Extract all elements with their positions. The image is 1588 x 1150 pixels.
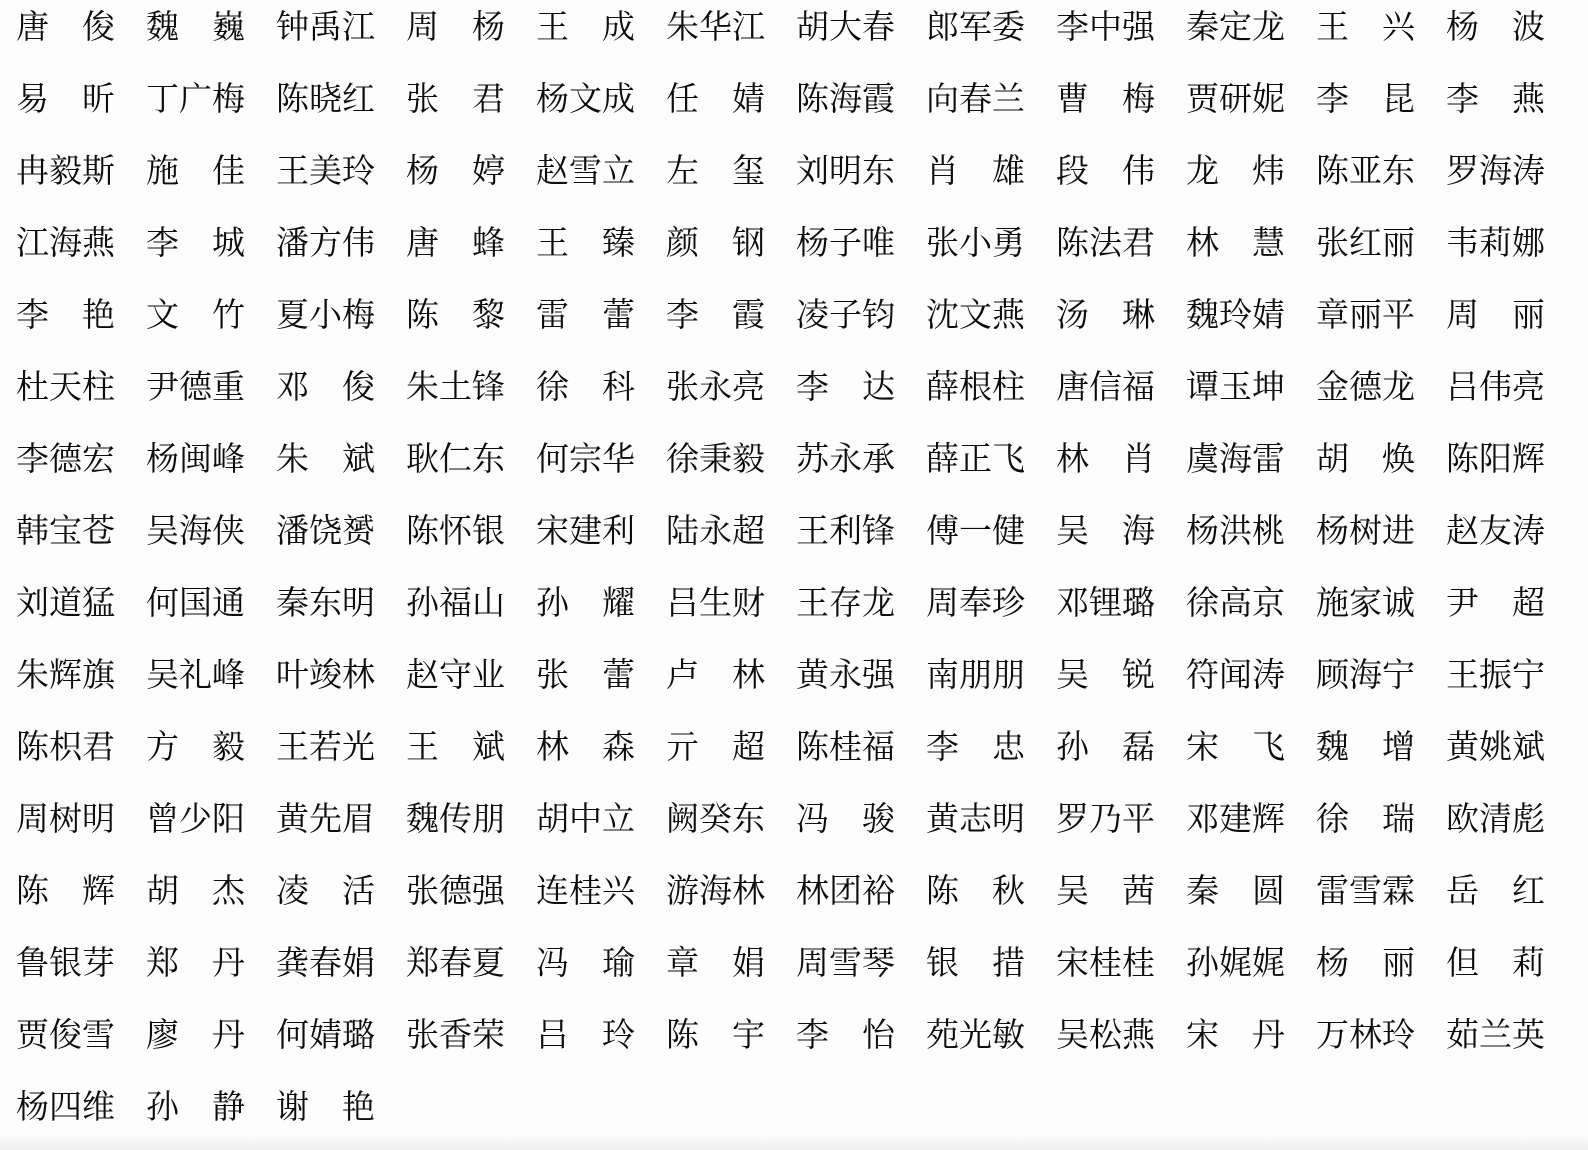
person-name: 孙娓娓	[1186, 948, 1285, 981]
name-character: 增	[1382, 732, 1415, 765]
name-character: 辉	[49, 660, 82, 693]
name-character: 何	[146, 588, 179, 621]
name-character: 邓	[276, 372, 309, 405]
name-character: 宗	[569, 444, 602, 477]
name-character: 魏	[1186, 300, 1219, 333]
name-character: 肖	[1122, 444, 1155, 477]
name-character: 连	[536, 876, 569, 909]
name-character: 友	[1479, 516, 1512, 549]
name-character: 秋	[992, 876, 1025, 909]
name-character: 陈	[276, 84, 309, 117]
name-character: 钟	[276, 12, 309, 45]
name-character: 冉	[16, 156, 49, 189]
person-name: 胡杰	[146, 876, 245, 909]
name-character: 文	[569, 84, 602, 117]
person-name: 江海燕	[16, 228, 115, 261]
person-name: 杨洪桃	[1186, 516, 1285, 549]
name-character: 陈	[1446, 444, 1479, 477]
name-character: 裕	[862, 876, 895, 909]
name-character: 桂	[569, 876, 602, 909]
name-character: 树	[49, 804, 82, 837]
name-grid: 唐俊魏巍钟禹江周杨王成朱华江胡大春郎军委李中强秦定龙王兴杨波易昕丁广梅陈晓红张君…	[16, 0, 1545, 1144]
person-name: 叶竣林	[276, 660, 375, 693]
person-name: 刘明东	[796, 156, 895, 189]
name-character: 李	[1056, 12, 1089, 45]
name-character: 邓	[1056, 588, 1089, 621]
person-name: 黄姚斌	[1446, 732, 1545, 765]
name-character: 先	[309, 804, 342, 837]
name-character: 林	[342, 660, 375, 693]
name-character: 高	[1219, 588, 1252, 621]
name-character: 苍	[82, 516, 115, 549]
person-name: 茹兰英	[1446, 1020, 1545, 1053]
name-character: 华	[602, 444, 635, 477]
name-character: 李	[146, 228, 179, 261]
person-name: 秦定龙	[1186, 12, 1285, 45]
name-character: 娓	[1219, 948, 1252, 981]
name-character: 廖	[146, 1020, 179, 1053]
name-character: 吕	[666, 588, 699, 621]
name-character: 林	[1056, 444, 1089, 477]
name-character: 谢	[276, 1092, 309, 1125]
name-character: 林	[732, 660, 765, 693]
name-character: 静	[212, 1092, 245, 1125]
name-character: 周	[1446, 300, 1479, 333]
person-name: 陈宇	[666, 1020, 765, 1053]
name-character: 阳	[1479, 444, 1512, 477]
name-character: 平	[1122, 804, 1155, 837]
name-character: 潘	[276, 228, 309, 261]
person-name: 王振宁	[1446, 660, 1545, 693]
name-character: 林	[732, 876, 765, 909]
name-character: 光	[342, 732, 375, 765]
person-name: 杨文成	[536, 84, 635, 117]
name-character: 宏	[82, 444, 115, 477]
name-character: 秦	[1186, 876, 1219, 909]
person-name: 汤琳	[1056, 300, 1155, 333]
name-character: 辉	[1512, 444, 1545, 477]
person-name: 宋建利	[536, 516, 635, 549]
person-name: 李城	[146, 228, 245, 261]
name-character: 胡	[536, 804, 569, 837]
person-name: 郑丹	[146, 948, 245, 981]
name-character: 朱	[406, 372, 439, 405]
name-character: 婧	[732, 84, 765, 117]
name-character: 薛	[926, 372, 959, 405]
name-character: 杨	[1186, 516, 1219, 549]
name-character: 四	[49, 1092, 82, 1125]
name-character: 婧	[309, 1020, 342, 1053]
name-character: 吴	[1056, 516, 1089, 549]
person-name: 凌活	[276, 876, 375, 909]
person-name: 傅一健	[926, 516, 1025, 549]
name-character: 段	[1056, 156, 1089, 189]
name-character: 永	[829, 660, 862, 693]
name-character: 措	[992, 948, 1025, 981]
person-name: 吕伟亮	[1446, 372, 1545, 405]
name-character: 森	[602, 732, 635, 765]
name-character: 方	[146, 732, 179, 765]
person-name: 郎军委	[926, 12, 1025, 45]
name-character: 丽	[1349, 300, 1382, 333]
name-character: 焕	[1382, 444, 1415, 477]
name-character: 团	[829, 876, 862, 909]
name-character: 立	[602, 804, 635, 837]
name-character: 禹	[309, 12, 342, 45]
name-character: 土	[439, 372, 472, 405]
person-name: 陈桂福	[796, 732, 895, 765]
name-character: 东	[1382, 156, 1415, 189]
person-name: 唐蜂	[406, 228, 505, 261]
person-name: 王美玲	[276, 156, 375, 189]
person-name: 魏玲婧	[1186, 300, 1285, 333]
person-name: 孙耀	[536, 588, 635, 621]
person-name: 宋丹	[1186, 1020, 1285, 1053]
name-character: 芽	[82, 948, 115, 981]
name-character: 锐	[1122, 660, 1155, 693]
person-name: 何宗华	[536, 444, 635, 477]
name-character: 玲	[342, 156, 375, 189]
name-character: 王	[796, 516, 829, 549]
person-name: 岳红	[1446, 876, 1545, 909]
name-character: 杨	[1316, 948, 1349, 981]
name-character: 忠	[992, 732, 1025, 765]
person-name: 沈文燕	[926, 300, 1025, 333]
person-name: 胡大春	[796, 12, 895, 45]
name-character: 魏	[1316, 732, 1349, 765]
name-character: 丽	[1382, 228, 1415, 261]
name-character: 龙	[1382, 372, 1415, 405]
name-character: 吴	[1056, 876, 1089, 909]
name-character: 王	[536, 12, 569, 45]
name-character: 福	[439, 588, 472, 621]
name-character: 何	[536, 444, 569, 477]
name-character: 林	[536, 732, 569, 765]
name-character: 海	[829, 84, 862, 117]
name-character: 宋	[1186, 732, 1219, 765]
name-character: 吴	[1056, 660, 1089, 693]
person-name: 金德龙	[1316, 372, 1415, 405]
name-character: 福	[1122, 372, 1155, 405]
name-character: 曾	[146, 804, 179, 837]
name-character: 桂	[1089, 948, 1122, 981]
name-character: 中	[569, 804, 602, 837]
name-character: 婷	[472, 156, 505, 189]
name-character: 树	[1349, 516, 1382, 549]
person-name: 夏小梅	[276, 300, 375, 333]
name-character: 丹	[212, 1020, 245, 1053]
name-character: 慧	[1252, 228, 1285, 261]
name-character: 礼	[179, 660, 212, 693]
name-character: 章	[666, 948, 699, 981]
person-name: 吴松燕	[1056, 1020, 1155, 1053]
name-character: 雪	[829, 948, 862, 981]
name-character: 红	[1512, 876, 1545, 909]
person-name: 钟禹江	[276, 12, 375, 45]
person-name: 王臻	[536, 228, 635, 261]
name-character: 兴	[602, 876, 635, 909]
name-character: 涛	[1512, 516, 1545, 549]
name-character: 财	[732, 588, 765, 621]
name-character: 活	[342, 876, 375, 909]
name-character: 邓	[1186, 804, 1219, 837]
person-name: 张永亮	[666, 372, 765, 405]
person-name: 徐秉毅	[666, 444, 765, 477]
person-name: 林慧	[1186, 228, 1285, 261]
name-character: 符	[1186, 660, 1219, 693]
person-name: 周杨	[406, 12, 505, 45]
person-name: 陈阳辉	[1446, 444, 1545, 477]
name-character: 生	[699, 588, 732, 621]
person-name: 张小勇	[926, 228, 1025, 261]
name-character: 杨	[1446, 12, 1479, 45]
name-character: 东	[862, 156, 895, 189]
person-name: 陆永超	[666, 516, 765, 549]
name-character: 定	[1219, 12, 1252, 45]
name-character: 瑜	[602, 948, 635, 981]
name-character: 委	[992, 12, 1025, 45]
person-name: 吕玲	[536, 1020, 635, 1053]
name-character: 朋	[959, 660, 992, 693]
name-character: 维	[82, 1092, 115, 1125]
name-character: 炜	[1252, 156, 1285, 189]
name-character: 周	[796, 948, 829, 981]
person-name: 张蕾	[536, 660, 635, 693]
name-character: 国	[179, 588, 212, 621]
name-character: 昕	[82, 84, 115, 117]
person-name: 张红丽	[1316, 228, 1415, 261]
name-character: 燕	[82, 228, 115, 261]
name-character: 秦	[276, 588, 309, 621]
name-character: 巍	[212, 12, 245, 45]
name-character: 王	[406, 732, 439, 765]
name-character: 明	[342, 588, 375, 621]
person-name: 邓锂璐	[1056, 588, 1155, 621]
name-character: 林	[796, 876, 829, 909]
name-character: 文	[146, 300, 179, 333]
name-character: 圆	[1252, 876, 1285, 909]
person-name: 潘饶赟	[276, 516, 375, 549]
name-character: 一	[959, 516, 992, 549]
person-name: 文竹	[146, 300, 245, 333]
name-character: 南	[926, 660, 959, 693]
name-character: 亮	[732, 372, 765, 405]
name-character: 茜	[1122, 876, 1155, 909]
name-character: 杜	[16, 372, 49, 405]
name-character: 重	[212, 372, 245, 405]
name-character: 伟	[1122, 156, 1155, 189]
person-name: 胡焕	[1316, 444, 1415, 477]
name-character: 罗	[1056, 804, 1089, 837]
person-name: 吴茜	[1056, 876, 1155, 909]
name-character: 孙	[1056, 732, 1089, 765]
name-character: 易	[16, 84, 49, 117]
person-name: 左玺	[666, 156, 765, 189]
name-character: 李	[666, 300, 699, 333]
name-character: 利	[829, 516, 862, 549]
name-character: 娜	[1512, 228, 1545, 261]
name-character: 松	[1089, 1020, 1122, 1053]
name-character: 天	[49, 372, 82, 405]
name-character: 凌	[276, 876, 309, 909]
name-character: 波	[1512, 12, 1545, 45]
name-character: 陈	[926, 876, 959, 909]
person-name: 何婧璐	[276, 1020, 375, 1053]
person-name: 魏巍	[146, 12, 245, 45]
person-name: 周雪琴	[796, 948, 895, 981]
name-character: 李	[796, 372, 829, 405]
name-character: 丹	[1252, 1020, 1285, 1053]
name-character: 彪	[1512, 804, 1545, 837]
person-name: 罗乃平	[1056, 804, 1155, 837]
name-character: 海	[1479, 156, 1512, 189]
name-character: 秦	[1186, 12, 1219, 45]
name-character: 诚	[1382, 588, 1415, 621]
name-character: 城	[212, 228, 245, 261]
name-character: 莉	[1512, 948, 1545, 981]
name-character: 涛	[1252, 660, 1285, 693]
person-name: 朱斌	[276, 444, 375, 477]
person-name: 韦莉娜	[1446, 228, 1545, 261]
name-character: 瑞	[1382, 804, 1415, 837]
name-character: 但	[1446, 948, 1479, 981]
name-character: 王	[536, 228, 569, 261]
name-character: 饶	[309, 516, 342, 549]
name-character: 龙	[1252, 12, 1285, 45]
name-character: 夏	[276, 300, 309, 333]
person-name: 徐瑞	[1316, 804, 1415, 837]
name-character: 海	[49, 228, 82, 261]
name-character: 郑	[406, 948, 439, 981]
name-character: 傅	[926, 516, 959, 549]
name-character: 桂	[1122, 948, 1155, 981]
name-character: 向	[926, 84, 959, 117]
name-character: 谭	[1186, 372, 1219, 405]
name-character: 吴	[146, 516, 179, 549]
name-character: 雄	[992, 156, 1025, 189]
name-character: 明	[829, 156, 862, 189]
name-character: 雪	[569, 156, 602, 189]
person-name: 廖丹	[146, 1020, 245, 1053]
bottom-edge-shade	[0, 1134, 1588, 1150]
name-character: 茹	[1446, 1020, 1479, 1053]
name-character: 兰	[992, 84, 1025, 117]
name-character: 广	[179, 84, 212, 117]
person-name: 王利锋	[796, 516, 895, 549]
person-name: 罗海涛	[1446, 156, 1545, 189]
name-character: 娟	[342, 948, 375, 981]
name-character: 晓	[309, 84, 342, 117]
person-name: 李中强	[1056, 12, 1155, 45]
person-name: 张德强	[406, 876, 505, 909]
name-character: 超	[1512, 588, 1545, 621]
person-name: 朱辉旗	[16, 660, 115, 693]
name-character: 丹	[212, 948, 245, 981]
person-name: 杜天柱	[16, 372, 115, 405]
name-character: 银	[49, 948, 82, 981]
name-character: 小	[959, 228, 992, 261]
name-character: 丁	[146, 84, 179, 117]
name-character: 陆	[666, 516, 699, 549]
person-name: 黄志明	[926, 804, 1025, 837]
person-name: 连桂兴	[536, 876, 635, 909]
person-name: 宋飞	[1186, 732, 1285, 765]
name-character: 旗	[82, 660, 115, 693]
name-character: 徐	[1316, 804, 1349, 837]
name-character: 雷	[1252, 444, 1285, 477]
name-character: 魏	[146, 12, 179, 45]
name-character: 永	[829, 444, 862, 477]
name-character: 万	[1316, 1020, 1349, 1053]
name-character: 龙	[862, 588, 895, 621]
name-character: 璐	[1122, 588, 1155, 621]
name-character: 佳	[212, 156, 245, 189]
name-character: 婧	[1252, 300, 1285, 333]
name-character: 朱	[276, 444, 309, 477]
name-character: 唐	[1056, 372, 1089, 405]
name-character: 海	[699, 876, 732, 909]
name-character: 李	[16, 444, 49, 477]
person-name: 薛正飞	[926, 444, 1025, 477]
name-character: 陈	[1056, 228, 1089, 261]
person-name: 杨子唯	[796, 228, 895, 261]
name-character: 吕	[1446, 372, 1479, 405]
name-character: 伟	[342, 228, 375, 261]
name-character: 玺	[732, 156, 765, 189]
name-character: 苏	[796, 444, 829, 477]
person-name: 黄永强	[796, 660, 895, 693]
name-character: 苑	[926, 1020, 959, 1053]
name-character: 香	[439, 1020, 472, 1053]
name-character: 黄	[926, 804, 959, 837]
name-character: 癸	[699, 804, 732, 837]
name-character: 钧	[862, 300, 895, 333]
name-character: 左	[666, 156, 699, 189]
name-character: 亮	[1512, 372, 1545, 405]
name-character: 林	[1186, 228, 1219, 261]
name-character: 怡	[862, 1020, 895, 1053]
person-name: 亓超	[666, 732, 765, 765]
name-character: 徐	[666, 444, 699, 477]
name-character: 孙	[146, 1092, 179, 1125]
person-name: 顾海宁	[1316, 660, 1415, 693]
person-name: 徐高京	[1186, 588, 1285, 621]
person-name: 陈怀银	[406, 516, 505, 549]
name-character: 建	[569, 516, 602, 549]
name-character: 江	[16, 228, 49, 261]
name-character: 成	[602, 84, 635, 117]
name-character: 雪	[1349, 876, 1382, 909]
name-character: 君	[472, 84, 505, 117]
name-character: 超	[732, 732, 765, 765]
person-name: 李燕	[1446, 84, 1545, 117]
name-character: 枳	[49, 732, 82, 765]
name-character: 娓	[1252, 948, 1285, 981]
name-character: 永	[699, 372, 732, 405]
name-character: 王	[1446, 660, 1479, 693]
name-character: 飞	[992, 444, 1025, 477]
person-name: 苑光敏	[926, 1020, 1025, 1053]
name-character: 徐	[1186, 588, 1219, 621]
name-character: 柱	[82, 372, 115, 405]
person-name: 黄先眉	[276, 804, 375, 837]
person-name: 杨婷	[406, 156, 505, 189]
person-name: 杨丽	[1316, 948, 1415, 981]
name-character: 雷	[1316, 876, 1349, 909]
name-character: 德	[1349, 372, 1382, 405]
person-name: 尹超	[1446, 588, 1545, 621]
name-character: 德	[179, 372, 212, 405]
